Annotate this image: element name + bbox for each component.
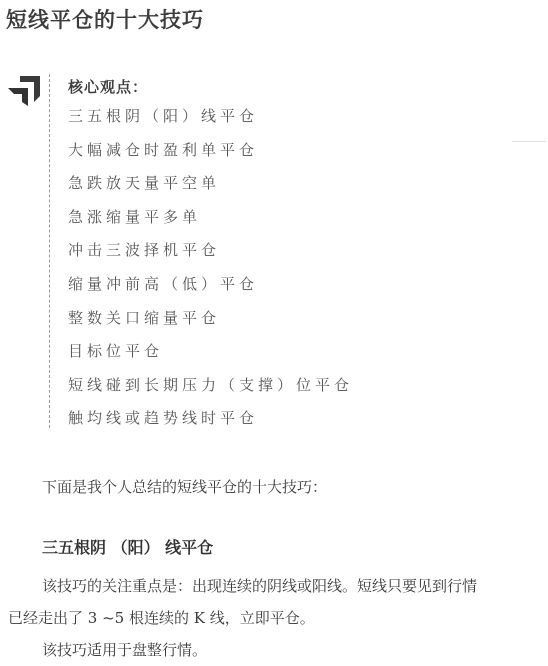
key-point-item: 短线碰到长期压力（支撑）位平仓 <box>68 375 353 409</box>
key-point-item: 触均线或趋势线时平仓 <box>68 408 353 442</box>
intro-paragraph: 下面是我个人总结的短线平仓的十大技巧： <box>42 476 327 497</box>
paragraph-line: 该技巧的关注重点是：出现连续的阴线或阳线。短线只要见到行情 <box>8 570 548 602</box>
key-points-divider <box>49 74 50 428</box>
page-title: 短线平仓的十大技巧 <box>6 4 204 34</box>
key-point-item: 目标位平仓 <box>68 341 353 375</box>
key-point-item: 缩量冲前高（低）平仓 <box>68 274 353 308</box>
key-point-item: 三五根阴（阳）线平仓 <box>68 106 353 140</box>
key-point-item: 冲击三波择机平仓 <box>68 240 353 274</box>
double-chevron-icon <box>6 74 42 106</box>
paragraph-line: 已经走出了 3 ~5 根连续的 K 线，立即平仓。 <box>8 602 548 634</box>
key-point-item: 急涨缩量平多单 <box>68 207 353 241</box>
key-points-heading: 核心观点： <box>68 76 148 97</box>
key-point-item: 整数关口缩量平仓 <box>68 308 353 342</box>
body-paragraph: 该技巧适用于盘整行情。 <box>42 634 548 666</box>
section-heading: 三五根阴 （阳） 线平仓 <box>42 535 213 558</box>
key-point-item: 大幅减仓时盈利单平仓 <box>68 140 353 174</box>
key-point-item: 急跌放天量平空单 <box>68 173 353 207</box>
key-points-list: 三五根阴（阳）线平仓 大幅减仓时盈利单平仓 急跌放天量平空单 急涨缩量平多单 冲… <box>68 106 353 442</box>
body-paragraph: 该技巧的关注重点是：出现连续的阴线或阳线。短线只要见到行情 已经走出了 3 ~5… <box>8 570 548 634</box>
scan-artifact-line <box>512 141 546 142</box>
